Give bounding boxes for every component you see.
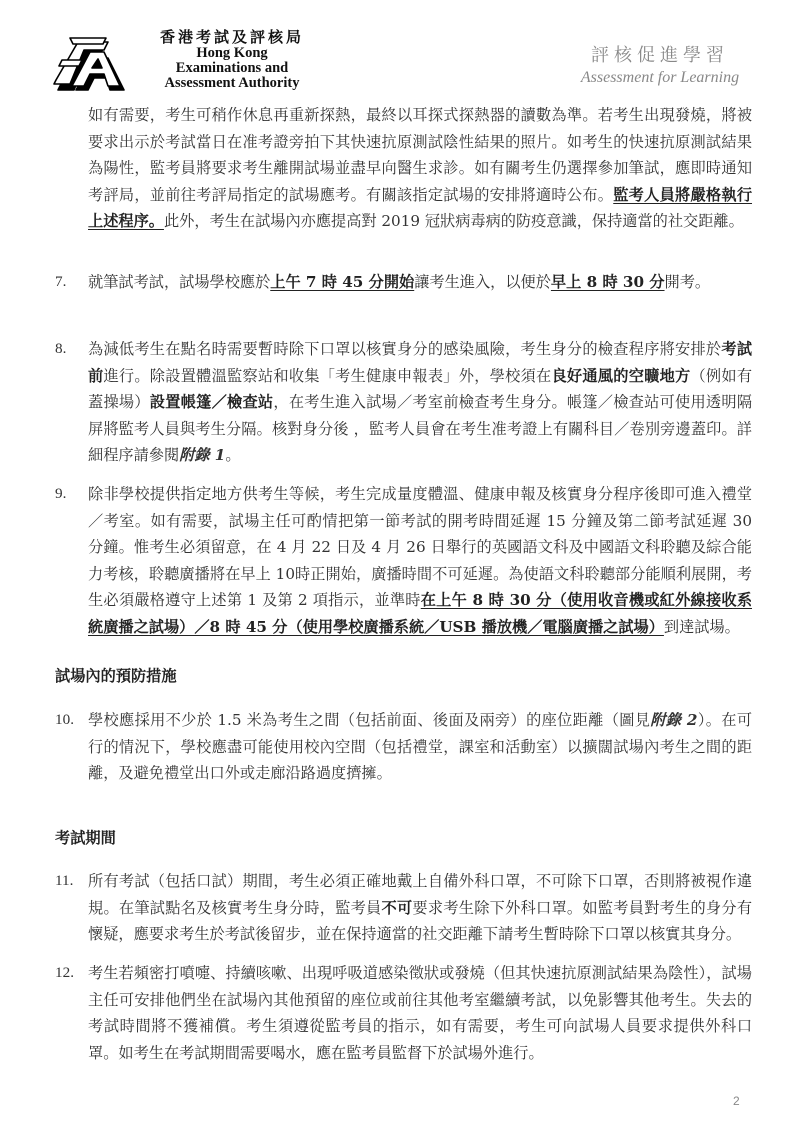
- org-name-en-3: Assessment Authority: [132, 76, 332, 91]
- page-number: 2: [733, 1094, 740, 1108]
- section-heading: 考試期間: [55, 825, 116, 852]
- paragraph-10: 學校應採用不少於 1.5 米為考生之間（包括前面、後面及兩旁）的座位距離（圖見附…: [88, 707, 752, 787]
- paragraph-9: 除非學校提供指定地方供考生等候，考生完成量度體溫、健康申報及核實身分程序後即可進…: [88, 481, 752, 640]
- appendix-2-reference: 附錄 2: [650, 711, 697, 729]
- hkeaa-logo-icon: [48, 28, 126, 94]
- document-header: 香港考試及評核局 Hong Kong Examinations and Asse…: [0, 0, 800, 100]
- slogan: 評核促進學習 Assessment for Learning: [560, 45, 760, 89]
- section-heading: 試場內的預防措施: [55, 663, 177, 690]
- paragraph-7: 就筆試考試，試場學校應於上午 7 時 45 分開始讓考生進入，以便於早上 8 時…: [88, 269, 752, 296]
- item-number: 11.: [55, 868, 73, 895]
- org-name-zh: 香港考試及評核局: [132, 28, 332, 46]
- slogan-en: Assessment for Learning: [560, 67, 760, 89]
- item-number: 12.: [55, 960, 74, 987]
- appendix-1-reference: 附錄 1: [179, 446, 225, 464]
- slogan-zh: 評核促進學習: [560, 45, 760, 67]
- paragraph-12: 考生若頻密打噴嚏、持續咳嗽、出現呼吸道感染徵狀或發燒（但其快速抗原測試結果為陰性…: [88, 960, 752, 1066]
- paragraph-6-continued: 如有需要，考生可稍作休息再重新探熱，最終以耳探式探熱器的讀數為準。若考生出現發燒…: [88, 102, 752, 235]
- organization-name: 香港考試及評核局 Hong Kong Examinations and Asse…: [132, 28, 332, 91]
- paragraph-8: 為減低考生在點名時需要暫時除下口罩以核實身分的感染風險，考生身分的檢查程序將安排…: [88, 336, 752, 469]
- item-number: 10.: [55, 707, 74, 734]
- paragraph-11: 所有考試（包括口試）期間，考生必須正確地戴上自備外科口罩，不可除下口罩，否則將被…: [88, 868, 752, 948]
- item-number: 9.: [55, 481, 66, 508]
- org-name-en-2: Examinations and: [132, 61, 332, 76]
- item-number: 8.: [55, 336, 66, 363]
- item-number: 7.: [55, 269, 66, 296]
- org-name-en-1: Hong Kong: [132, 46, 332, 61]
